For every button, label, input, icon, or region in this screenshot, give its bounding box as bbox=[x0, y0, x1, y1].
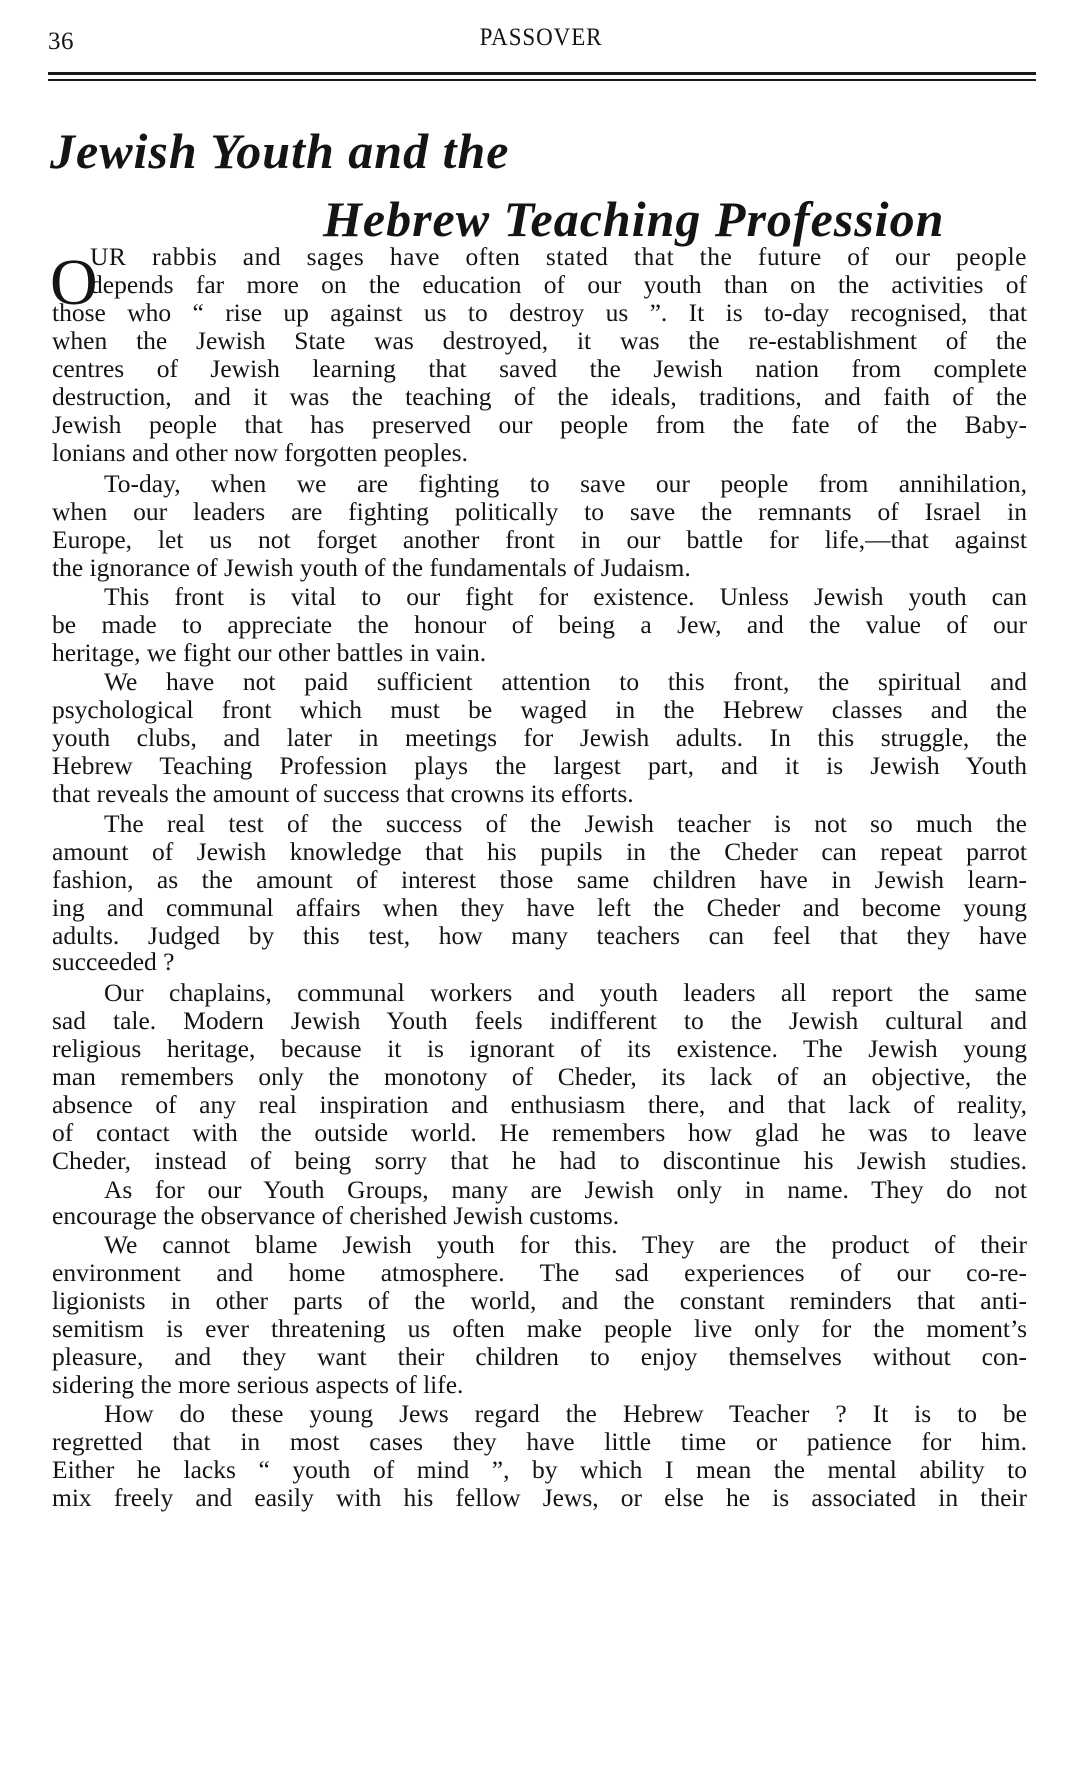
body-line: environment and home atmosphere. The sad… bbox=[52, 1259, 1027, 1287]
body-line: succeeded ? bbox=[52, 948, 1027, 976]
body-line: absence of any real inspiration and enth… bbox=[52, 1091, 1027, 1119]
document-page: 36 PASSOVER Jewish Youth and the Hebrew … bbox=[0, 0, 1082, 1773]
body-line: Cheder, instead of being sorry that he h… bbox=[52, 1147, 1027, 1175]
body-line: sad tale. Modern Jewish Youth feels indi… bbox=[52, 1007, 1027, 1035]
body-line: the ignorance of Jewish youth of the fun… bbox=[52, 554, 1027, 582]
article-title-line-2: Hebrew Teaching Profession bbox=[323, 190, 944, 248]
body-line: those who “ rise up against us to destro… bbox=[52, 299, 1027, 327]
body-line: To-day, when we are fighting to save our… bbox=[104, 470, 1027, 498]
body-line: of contact with the outside world. He re… bbox=[52, 1119, 1027, 1147]
body-line: The real test of the success of the Jewi… bbox=[104, 810, 1027, 838]
body-line: destruction, and it was the teaching of … bbox=[52, 383, 1027, 411]
body-line: heritage, we fight our other battles in … bbox=[52, 639, 1027, 667]
body-line: fashion, as the amount of interest those… bbox=[52, 866, 1027, 894]
body-line: We have not paid sufficient attention to… bbox=[104, 668, 1027, 696]
body-line: ligionists in other parts of the world, … bbox=[52, 1287, 1027, 1315]
body-line: lonians and other now forgotten peoples. bbox=[52, 439, 1027, 467]
body-line: semitism is ever threatening us often ma… bbox=[52, 1315, 1027, 1343]
body-line: man remembers only the monotony of Chede… bbox=[52, 1063, 1027, 1091]
body-line: How do these young Jews regard the Hebre… bbox=[104, 1400, 1027, 1428]
body-line: mix freely and easily with his fellow Je… bbox=[52, 1484, 1027, 1512]
body-line: UR rabbis and sages have often stated th… bbox=[90, 243, 1027, 271]
header-rule-thin bbox=[48, 79, 1036, 81]
body-line: youth clubs, and later in meetings for J… bbox=[52, 724, 1027, 752]
running-title: PASSOVER bbox=[87, 24, 994, 52]
body-line: Hebrew Teaching Profession plays the lar… bbox=[52, 752, 1027, 780]
body-line: amount of Jewish knowledge that his pupi… bbox=[52, 838, 1027, 866]
header-rule-thick bbox=[48, 72, 1036, 75]
body-line: This front is vital to our fight for exi… bbox=[104, 583, 1027, 611]
body-line: Europe, let us not forget another front … bbox=[52, 526, 1027, 554]
page-number: 36 bbox=[48, 28, 74, 56]
body-line: Either he lacks “ youth of mind ”, by wh… bbox=[52, 1456, 1027, 1484]
body-line: psychological front which must be waged … bbox=[52, 696, 1027, 724]
body-line: adults. Judged by this test, how many te… bbox=[52, 922, 1027, 950]
body-line: Jewish people that has preserved our peo… bbox=[52, 411, 1027, 439]
body-line: We cannot blame Jewish youth for this. T… bbox=[104, 1231, 1027, 1259]
body-line: when our leaders are fighting politicall… bbox=[52, 498, 1027, 526]
body-line: centres of Jewish learning that saved th… bbox=[52, 355, 1027, 383]
body-line: that reveals the amount of success that … bbox=[52, 780, 1027, 808]
body-line: sidering the more serious aspects of lif… bbox=[52, 1371, 1027, 1399]
body-line: be made to appreciate the honour of bein… bbox=[52, 611, 1027, 639]
body-line: when the Jewish State was destroyed, it … bbox=[52, 327, 1027, 355]
body-line: depends far more on the education of our… bbox=[90, 271, 1027, 299]
body-line: regretted that in most cases they have l… bbox=[52, 1428, 1027, 1456]
running-head: 36 PASSOVER bbox=[48, 22, 1034, 62]
body-line: Our chaplains, communal workers and yout… bbox=[104, 979, 1027, 1007]
article-title-line-1: Jewish Youth and the bbox=[50, 122, 510, 180]
body-line: encourage the observance of cherished Je… bbox=[52, 1202, 1027, 1230]
body-line: religious heritage, because it is ignora… bbox=[52, 1035, 1027, 1063]
body-line: ing and communal affairs when they have … bbox=[52, 894, 1027, 922]
body-line: As for our Youth Groups, many are Jewish… bbox=[104, 1176, 1027, 1204]
body-line: pleasure, and they want their children t… bbox=[52, 1343, 1027, 1371]
